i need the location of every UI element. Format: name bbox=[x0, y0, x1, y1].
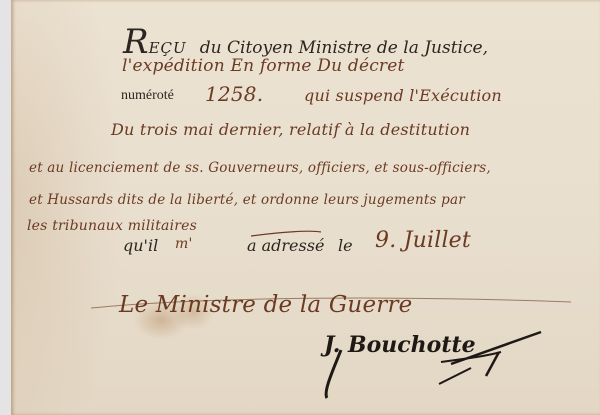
handwriting-flourishes bbox=[11, 0, 600, 415]
document-paper: REÇU du Citoyen Ministre de la Justice, … bbox=[11, 0, 600, 415]
